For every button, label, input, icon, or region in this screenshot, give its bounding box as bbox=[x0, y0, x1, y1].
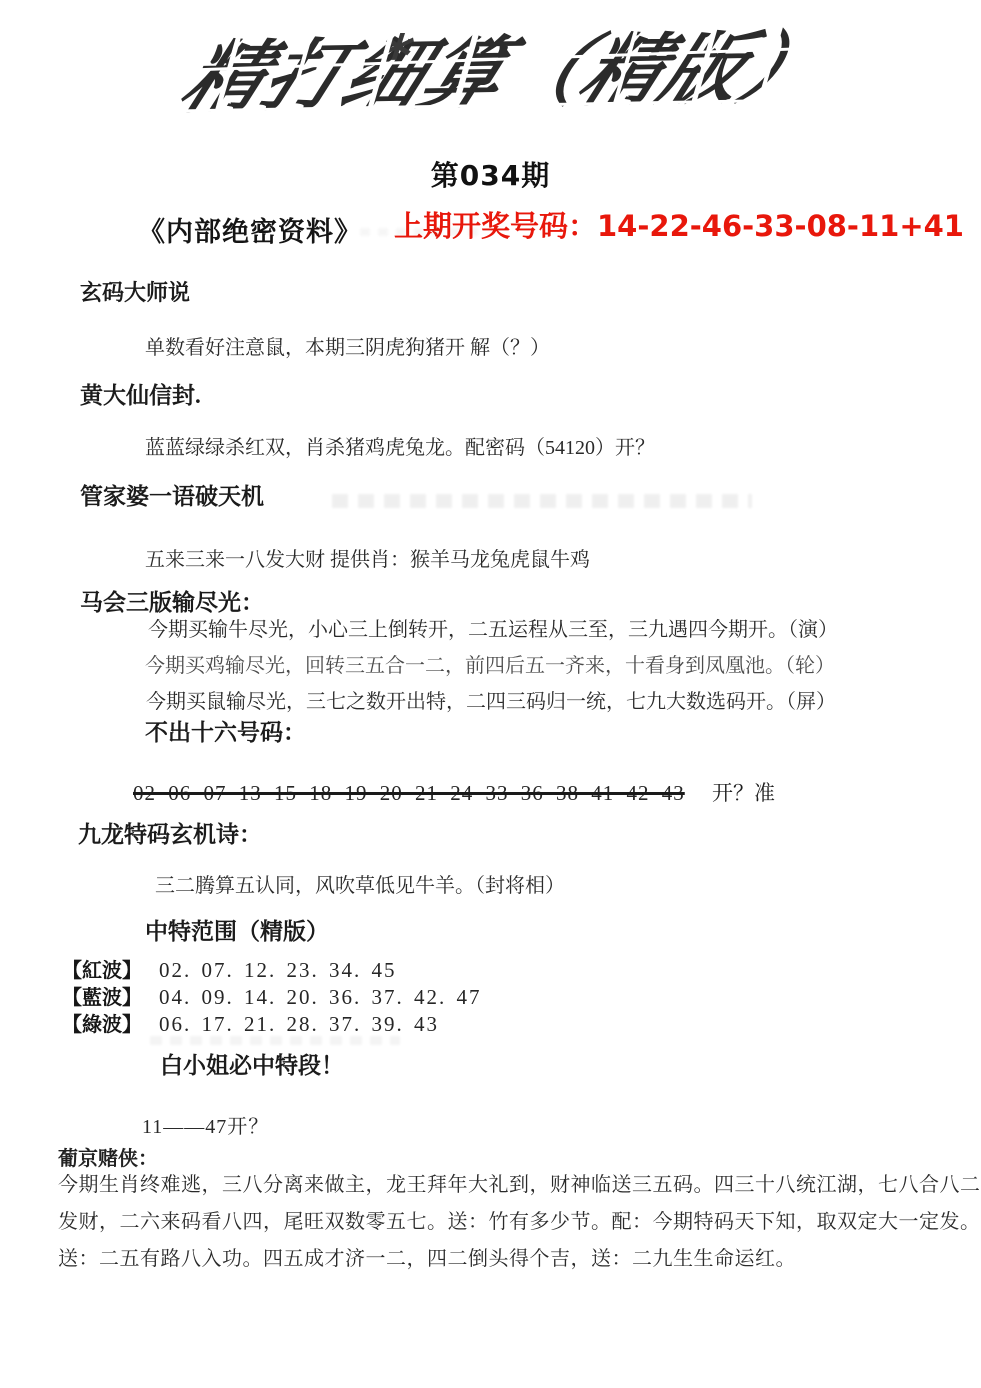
wave-row-green: 【綠波】 06. 17. 21. 28. 37. 39. 43 bbox=[62, 1008, 439, 1037]
section-heading-sixteen: 不出十六号码： bbox=[145, 714, 306, 747]
excluded-numbers: 02 06 07 13 15 18 19 20 21 24 33 36 38 4… bbox=[133, 781, 685, 805]
mahui-line-2: 今期买鸡输尽光，回转三五合一二，前四后五一齐来，十看身到凤凰池。（轮） bbox=[145, 649, 835, 678]
section-heading-guanjiapo: 管家婆一语破天机 bbox=[80, 478, 264, 511]
masthead-title-art: 精打细算（精版） * bbox=[168, 16, 808, 146]
scan-artifact bbox=[332, 494, 752, 508]
issue-number: 第034期 bbox=[0, 154, 981, 194]
secret-material-label: 《内部绝密资料》 bbox=[138, 210, 362, 249]
section-body-xuanma: 单数看好注意鼠，本期三阴虎狗猪开 解（？） bbox=[145, 331, 550, 360]
tip-sheet-page: 精打细算（精版） * 第034期 《内部绝密资料》 上期开奖号码：14-22-4… bbox=[0, 0, 981, 1388]
baixiaojie-range: 11——47开？ bbox=[142, 1110, 269, 1139]
section-heading-baixiaojie: 白小姐必中特段！ bbox=[160, 1047, 344, 1080]
section-heading-pujing: 葡京赌侠： bbox=[58, 1142, 158, 1171]
wave-label-green: 【綠波】 bbox=[62, 1008, 154, 1037]
wave-label-blue: 【藍波】 bbox=[62, 981, 154, 1010]
section-heading-zhongte: 中特范围（精版） bbox=[145, 913, 329, 946]
wave-row-red: 【紅波】 02. 07. 12. 23. 34. 45 bbox=[62, 954, 397, 983]
last-draw-numbers: 上期开奖号码：14-22-46-33-08-11+41 bbox=[394, 204, 964, 245]
scan-artifact bbox=[150, 1036, 400, 1045]
wave-label-red: 【紅波】 bbox=[62, 954, 154, 983]
pujing-line-3: 送：二五有路八入功。四五成才济一二，四二倒头得个吉，送：二九生生命运红。 bbox=[58, 1242, 796, 1271]
wave-numbers-blue: 04. 09. 14. 20. 36. 37. 42. 47 bbox=[159, 985, 482, 1009]
pujing-line-2: 发财，二六来码看八四，尾旺双数零五七。送：竹有多少节。配：今期特码天下知，取双定… bbox=[58, 1205, 981, 1234]
section-heading-huangdaxian: 黄大仙信封. bbox=[80, 377, 201, 410]
excluded-numbers-verdict: 开？准 bbox=[712, 781, 775, 805]
section-heading-jiulong: 九龙特码玄机诗： bbox=[78, 816, 262, 849]
mahui-line-1: 今期买输牛尽光，小心三上倒转开，二五运程从三至，三九遇四今期开。（演） bbox=[148, 613, 838, 642]
pujing-line-1: 今期生肖终难逃，三八分离来做主，龙王拜年大礼到，财神临送三五码。四三十八统江湖，… bbox=[58, 1168, 981, 1197]
excluded-numbers-row: 02 06 07 13 15 18 19 20 21 24 33 36 38 4… bbox=[133, 777, 775, 807]
wave-numbers-red: 02. 07. 12. 23. 34. 45 bbox=[159, 958, 397, 982]
wave-numbers-green: 06. 17. 21. 28. 37. 39. 43 bbox=[159, 1012, 439, 1036]
section-body-guanjiapo: 五来三来一八发大财 提供肖：猴羊马龙兔虎鼠牛鸡 bbox=[145, 543, 590, 572]
section-heading-xuanma: 玄码大师说 bbox=[80, 276, 190, 307]
jiulong-poem: 三二腾算五认同，风吹草低见牛羊。（封将相） bbox=[155, 869, 565, 898]
wave-row-blue: 【藍波】 04. 09. 14. 20. 36. 37. 42. 47 bbox=[62, 981, 482, 1010]
section-body-huangdaxian: 蓝蓝绿绿杀红双，肖杀猪鸡虎兔龙。配密码（54120）开？ bbox=[145, 431, 655, 460]
mahui-line-3: 今期买鼠输尽光，三七之数开出特，二四三码归一统，七九大数选码开。（屏） bbox=[146, 685, 836, 714]
